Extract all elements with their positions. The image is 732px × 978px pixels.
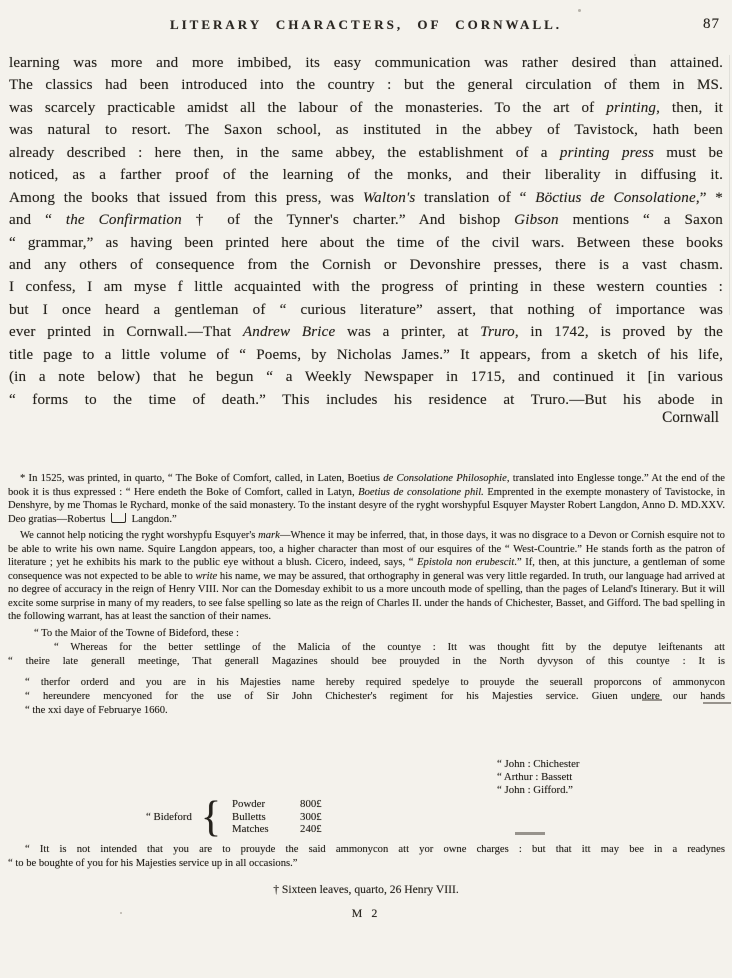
main-text-line: learning was more and more imbibed, its … xyxy=(9,52,723,74)
warrant-text: “ To the Maior of the Towne of Bideford,… xyxy=(8,627,725,718)
text-segment: must be xyxy=(654,145,723,161)
page-number: 87 xyxy=(703,16,720,33)
main-text-line: and any others of consequence from the C… xyxy=(9,254,723,276)
supply-item: Powder xyxy=(232,798,300,811)
text-segment: * In 1525, was printed, in quarto, “ The… xyxy=(20,473,383,484)
warrant-signatures: “ John : Chichester“ Arthur : Bassett“ J… xyxy=(497,758,579,798)
text-segment: write xyxy=(195,571,217,582)
main-text-line: I confess, I am myse f little acquainted… xyxy=(9,276,723,298)
text-segment: mark xyxy=(258,530,280,541)
main-text-line: “ forms to the time of death.” This incl… xyxy=(9,389,723,411)
signature-mark: M 2 xyxy=(0,906,732,921)
supply-value: 240£ xyxy=(300,823,322,836)
supply-rows: Powder800£Bulletts300£Matches240£ xyxy=(232,798,322,837)
main-text-line: was natural to resort. The Saxon school,… xyxy=(9,119,723,141)
book-page: LITERARY CHARACTERS, OF CORNWALL. 87 lea… xyxy=(0,0,732,978)
main-text: learning was more and more imbibed, its … xyxy=(9,52,723,411)
text-segment: Epistola non erubescit xyxy=(417,557,514,568)
warrant-signatures-line: “ John : Chichester xyxy=(497,758,579,771)
ink-speck xyxy=(120,912,122,914)
text-segment: printing press xyxy=(560,145,654,161)
warrant-closing: “ Itt is not intended that you are to pr… xyxy=(8,843,725,870)
text-segment: Truro xyxy=(480,324,515,340)
warrant-signatures-line: “ John : Gifford.” xyxy=(497,784,579,797)
langdon-printers-mark-icon xyxy=(111,513,126,523)
supply-item: Bulletts xyxy=(232,811,300,824)
text-segment: printing xyxy=(606,100,656,116)
ink-artifact xyxy=(703,702,731,704)
footnotes: * In 1525, was printed, in quarto, “ The… xyxy=(8,472,725,718)
supply-value: 800£ xyxy=(300,798,322,811)
warrant-closing-line: “ Itt is not intended that you are to pr… xyxy=(25,843,725,857)
warrant-text-line: “ the xxi daye of Februarye 1660. xyxy=(25,704,725,718)
warrant-text-line: “ hereundere mencyoned for the use of Si… xyxy=(25,690,725,704)
main-text-line: already described : here then, in the sa… xyxy=(9,142,723,164)
warrant-text-line: “ theire late generall meetinge, That ge… xyxy=(8,655,725,669)
main-text-line: (in a note below) that he begun “ a Week… xyxy=(9,366,723,388)
text-segment: mentions “ a Saxon xyxy=(559,212,723,228)
running-header: LITERARY CHARACTERS, OF CORNWALL. xyxy=(0,17,732,33)
text-segment: ever printed in Cornwall.—That xyxy=(9,324,243,340)
text-segment: Langdon.” xyxy=(129,514,177,525)
bideford-supply-table: “ Bideford { Powder800£Bulletts300£Match… xyxy=(146,797,322,837)
text-segment: and “ xyxy=(9,212,66,228)
bideford-label: “ Bideford xyxy=(146,811,192,823)
warrant-text-line: “ therfor orderd and you are in his Maje… xyxy=(25,676,725,690)
main-text-line: and “ the Confirmation † of the Tynner's… xyxy=(9,209,723,231)
ink-speck xyxy=(578,9,581,12)
text-segment: We cannot help noticing the ryght worshy… xyxy=(20,530,258,541)
text-segment: † of the Tynner's charter.” And bishop xyxy=(182,212,514,228)
supply-item: Matches xyxy=(232,823,300,836)
main-text-line: The classics had been introduced into th… xyxy=(9,74,723,96)
text-segment: was a printer, at xyxy=(335,324,480,340)
main-text-line: noticed, as a farther proof of the learn… xyxy=(9,164,723,186)
main-text-line: title page to a little volume of “ Poems… xyxy=(9,344,723,366)
main-text-line: “ grammar,” as having been printed here … xyxy=(9,232,723,254)
main-text-line: was scarcely practicable amidst all the … xyxy=(9,97,723,119)
ink-artifact xyxy=(642,699,662,701)
text-segment: Among the books that issued from this pr… xyxy=(9,190,363,206)
footnote-mark-commentary: We cannot help noticing the ryght worshy… xyxy=(8,529,725,624)
warrant-text-line: “ To the Maior of the Towne of Bideford,… xyxy=(34,627,725,641)
catchword: Cornwall xyxy=(662,409,719,427)
text-segment: , then, it xyxy=(656,100,723,116)
supply-row: Bulletts300£ xyxy=(232,811,322,824)
footnote-star: * In 1525, was printed, in quarto, “ The… xyxy=(8,472,725,526)
main-text-line: but I once heard a gentleman of “ curiou… xyxy=(9,299,723,321)
warrant-text-line: “ Whereas for the better settlinge of th… xyxy=(54,641,725,655)
supply-row: Matches240£ xyxy=(232,823,322,836)
scan-edge-shadow xyxy=(729,55,730,315)
supply-row: Powder800£ xyxy=(232,798,322,811)
ink-artifact xyxy=(515,832,545,835)
warrant-closing-line: “ to be boughte of you for his Majesties… xyxy=(8,857,725,871)
text-segment: the Confirmation xyxy=(66,212,182,228)
text-segment: Gibson xyxy=(514,212,559,228)
text-segment: Böctius de Consolatione xyxy=(535,190,696,206)
text-segment: ,” * xyxy=(696,190,723,206)
supply-value: 300£ xyxy=(300,811,322,824)
text-segment: de Consolatione Philosophie xyxy=(383,473,507,484)
brace-glyph: { xyxy=(201,797,221,838)
main-text-line: Among the books that issued from this pr… xyxy=(9,187,723,209)
ink-speck xyxy=(634,54,636,56)
text-segment: , in 1742, is proved by the xyxy=(515,324,723,340)
main-text-line: ever printed in Cornwall.—That Andrew Br… xyxy=(9,321,723,343)
warrant-signatures-line: “ Arthur : Bassett xyxy=(497,771,579,784)
footnote-dagger: † Sixteen leaves, quarto, 26 Henry VIII. xyxy=(0,883,732,896)
text-segment: Boetius de consolatione phil. xyxy=(358,487,484,498)
text-segment: translation of “ xyxy=(415,190,535,206)
text-segment: Andrew Brice xyxy=(243,324,335,340)
text-segment: was scarcely practicable amidst all the … xyxy=(9,100,606,116)
text-segment: already described : here then, in the sa… xyxy=(9,145,560,161)
text-segment: Walton's xyxy=(363,190,416,206)
